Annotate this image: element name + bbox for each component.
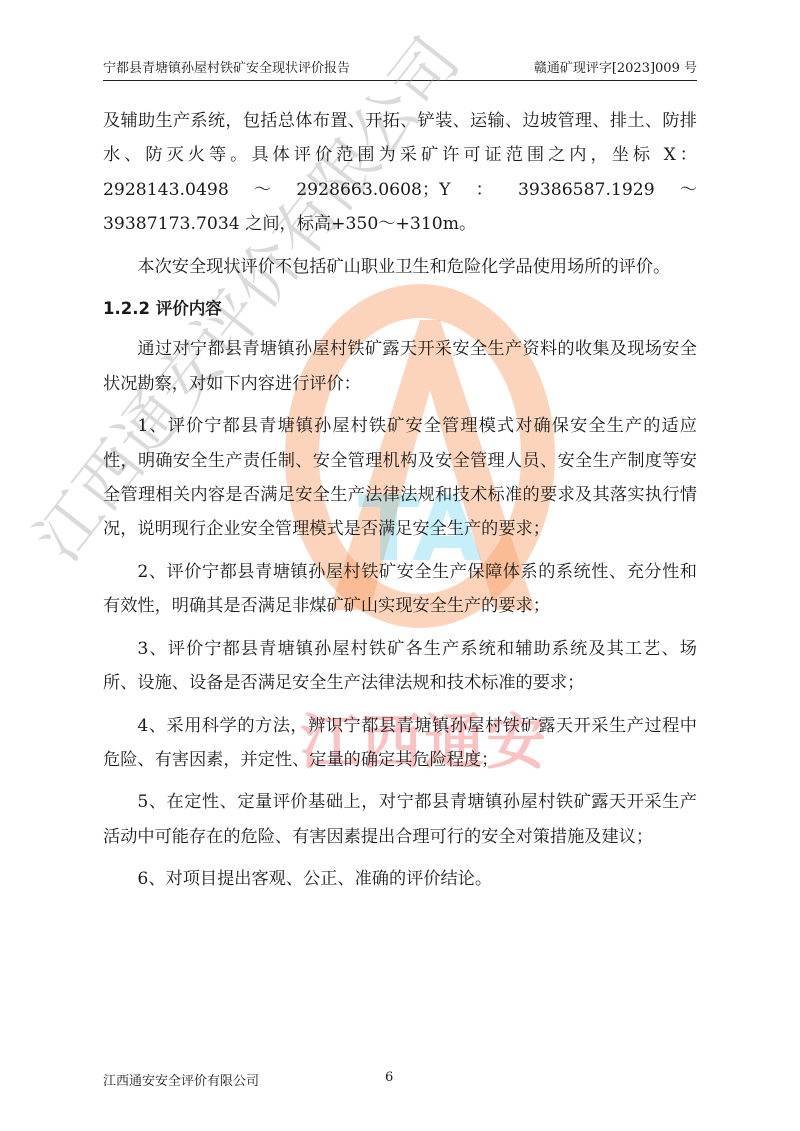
intro-paragraph: 通过对宁都县青塘镇孙屋村铁矿露天开采安全生产资料的收集及现场安全状况勘察，对如下… xyxy=(103,332,697,401)
report-title: 宁都县青塘镇孙屋村铁矿安全现状评价报告 xyxy=(103,57,350,76)
list-item: 2、评价宁都县青塘镇孙屋村铁矿安全生产保障体系的系统性、充分性和有效性，明确其是… xyxy=(103,555,697,624)
list-item: 1、评价宁都县青塘镇孙屋村铁矿安全管理模式对确保安全生产的适应性，明确安全生产责… xyxy=(103,409,697,547)
list-item: 5、在定性、定量评价基础上，对宁都县青塘镇孙屋村铁矿露天开采生产活动中可能存在的… xyxy=(103,785,697,854)
page-number: 6 xyxy=(385,1070,393,1085)
page-footer: 江西通安安全评价有限公司 6 xyxy=(103,1070,697,1089)
document-body: 及辅助生产系统，包括总体布置、开拓、铲装、运输、边坡管理、排土、防排水、防灭火等… xyxy=(103,104,697,905)
list-item: 6、对项目提出客观、公正、准确的评价结论。 xyxy=(103,862,697,896)
exclusion-paragraph: 本次安全现状评价不包括矿山职业卫生和危险化学品使用场所的评价。 xyxy=(103,250,697,284)
section-heading: 1.2.2 评价内容 xyxy=(103,292,697,326)
list-item: 4、采用科学的方法，辨识宁都县青塘镇孙屋村铁矿露天开采生产过程中危险、有害因素，… xyxy=(103,709,697,778)
page-header: 宁都县青塘镇孙屋村铁矿安全现状评价报告 赣通矿现评字[2023]009 号 xyxy=(103,54,697,81)
list-item: 3、评价宁都县青塘镇孙屋村铁矿各生产系统和辅助系统及其工艺、场所、设施、设备是否… xyxy=(103,632,697,701)
footer-company: 江西通安安全评价有限公司 xyxy=(103,1074,259,1089)
document-number: 赣通矿现评字[2023]009 号 xyxy=(534,57,697,76)
scope-paragraph: 及辅助生产系统，包括总体布置、开拓、铲装、运输、边坡管理、排土、防排水、防灭火等… xyxy=(103,104,697,242)
